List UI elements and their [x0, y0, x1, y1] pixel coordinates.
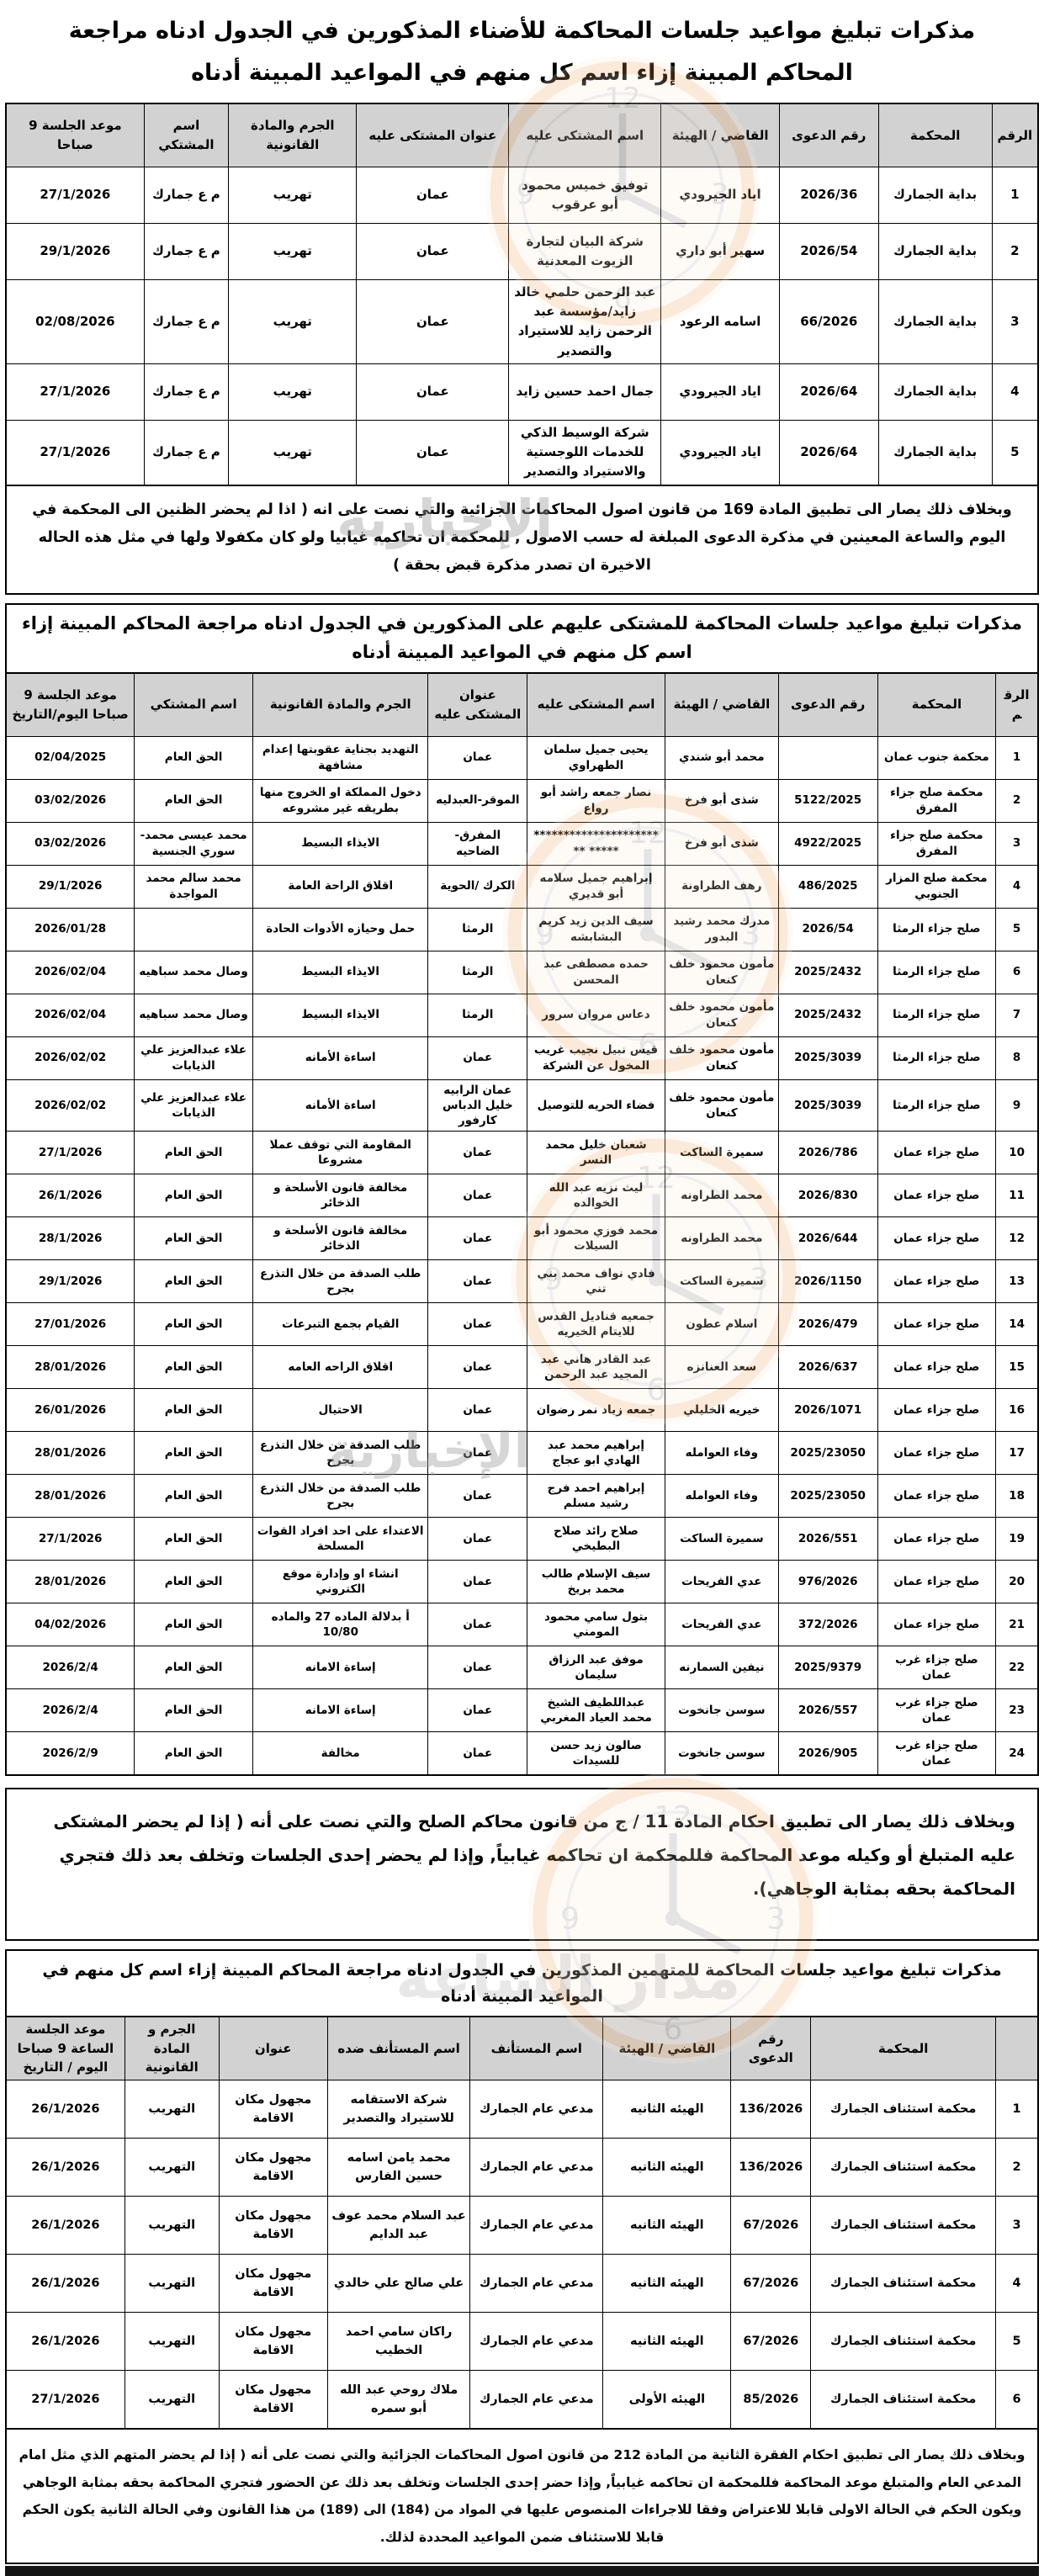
table-cell: 2026/54 [778, 908, 877, 951]
table-cell: التهديد بجناية عقوبتها إعدام مشافهة [252, 736, 428, 779]
table-cell: وصال محمد سباهيه [135, 951, 253, 994]
table-cell: عمان [357, 167, 509, 223]
table-cell: وصال محمد سباهيه [135, 994, 253, 1036]
table-cell: مدعي عام الجمارك [470, 2197, 603, 2255]
table-cell: 136/2026 [731, 2139, 811, 2197]
table-cell: محكمة صلح جزاء المفرق [877, 779, 996, 822]
table-cell: محكمة استئناف الجمارك [811, 2313, 996, 2371]
column-header: القاضي / الهيئة [661, 103, 780, 167]
table-cell: 02/08/2026 [6, 279, 144, 363]
table-cell: م ع جمارك [144, 167, 228, 223]
table-row: 2محكمة صلح جزاء المفرق5122/2025شذى أبو ف… [6, 779, 1038, 822]
table-cell: صلاح رائد صلاح البطيخي [527, 1518, 665, 1561]
table-row: 3محكمة استئناف الجمارك67/2026الهيئه الثا… [6, 2197, 1038, 2255]
table-cell: عمان [428, 736, 527, 779]
table-cell: 24 [996, 1732, 1038, 1776]
table-cell: 29/1/2026 [6, 865, 135, 908]
table-cell: راكان سامي احمد الخطيب [327, 2313, 469, 2371]
column-header: رقم الدعوى [731, 2017, 811, 2080]
table-cell: 2026/36 [779, 167, 878, 223]
table-cell: عمان [357, 223, 509, 279]
table-cell: محمد أبو شندي [665, 736, 778, 779]
column-header: عنوان المشتكى عليه [428, 673, 527, 737]
table-cell: 2026/2/4 [6, 1689, 135, 1732]
table-cell: عمان [428, 1561, 527, 1603]
table-cell: حمل وحيازه الأدوات الحادة [252, 908, 428, 951]
table-cell: عدي الفريحات [665, 1603, 778, 1646]
table-row: 12صلح جزاء عمان2026/644محمد الطراونهمحمد… [6, 1217, 1038, 1260]
table-cell: 03/02/2026 [6, 822, 135, 865]
table-cell: شركة البيان لتجارة الزيوت المعدنية [509, 223, 661, 279]
table-cell: قيس نبيل نجيب غريب المخول عن الشركة [527, 1036, 665, 1079]
header-row: الرقمالمحكمةرقم الدعوىالقاضي / الهيئةاسم… [6, 673, 1038, 737]
table-cell: علاء عبدالعزيز علي الذيابات [135, 1036, 253, 1079]
court-sessions-table-1: الرقمالمحكمةرقم الدعوىالقاضي / الهيئةاسم… [5, 103, 1039, 486]
table-cell: 28/01/2026 [6, 1561, 135, 1603]
table-cell: اسامه الرعود [661, 279, 780, 363]
table-cell: مجهول مكان الاقامة [219, 2371, 327, 2430]
table-cell: 16 [996, 1389, 1038, 1432]
table-cell: محكمة جنوب عمان [877, 736, 996, 779]
table-cell: 5 [996, 908, 1038, 951]
table-cell: سميرة الساكت [665, 1132, 778, 1174]
table-cell: 85/2026 [731, 2371, 811, 2430]
table-cell: 486/2025 [778, 865, 877, 908]
table-cell: صلح جزاء الرمثا [877, 1036, 996, 1079]
column-header: الرقم [996, 673, 1038, 737]
table-cell: محكمة استئناف الجمارك [811, 2197, 996, 2255]
table-cell: محمد الطراونه [665, 1174, 778, 1217]
table-row: 15صلح جزاء عمان2026/637سعد العنانزهعبد ا… [6, 1346, 1038, 1389]
table-cell: 27/1/2026 [6, 2371, 125, 2430]
table-cell: الحق العام [135, 1475, 253, 1518]
table-cell: مدعي عام الجمارك [470, 2080, 603, 2139]
table-cell: 1 [992, 167, 1038, 223]
table-cell: الاحتيال [252, 1389, 428, 1432]
table-row: 13صلح جزاء عمان2026/1150سميرة الساكتفادي… [6, 1260, 1038, 1303]
table-cell: 2025/3039 [778, 1079, 877, 1132]
table-cell: 2025/2432 [778, 994, 877, 1036]
table-row: 5صلح جزاء الرمثا2026/54مدرك محمد رشيد ال… [6, 908, 1038, 951]
table-cell: 2026/02/02 [6, 1079, 135, 1132]
table-cell: الحق العام [135, 1260, 253, 1303]
table-row: 5محكمة استئناف الجمارك67/2026الهيئه الثا… [6, 2313, 1038, 2371]
table-cell: 2 [996, 779, 1038, 822]
table-cell: ليث نزيه عبد الله الخوالده [527, 1174, 665, 1217]
table-cell: الكرك /الحوية [428, 865, 527, 908]
table-cell: الحق العام [135, 1174, 253, 1217]
table-cell: الرمثا [428, 951, 527, 994]
table-cell: 27/1/2026 [6, 363, 144, 420]
table-row: 17صلح جزاء عمان2025/23050وفاء العواملهإب… [6, 1432, 1038, 1475]
table-cell: نصار جمعه راشد أبو رواع [527, 779, 665, 822]
table-row: 2محكمة استئناف الجمارك136/2026الهيئه الث… [6, 2139, 1038, 2197]
table-cell: 2026/64 [779, 420, 878, 485]
table-row: 7صلح جزاء الرمثا2025/2432مأمون محمود خلف… [6, 994, 1038, 1036]
table-cell: محكمة استئناف الجمارك [811, 2139, 996, 2197]
table-cell: مجهول مكان الاقامة [219, 2080, 327, 2139]
table-row: 1محكمة جنوب عمانمحمد أبو شندييحيى جميل س… [6, 736, 1038, 779]
table-cell: 2026/01/28 [6, 908, 135, 951]
table-cell: صلح جزاء عمان [877, 1475, 996, 1518]
table-cell: الرمثا [428, 908, 527, 951]
table-row: 9صلح جزاء الرمثا2025/3039مأمون محمود خلف… [6, 1079, 1038, 1132]
table-cell: صلح جزاء الرمثا [877, 951, 996, 994]
table-cell: محمد الطراونه [665, 1217, 778, 1260]
table-row: 21صلح جزاء عمان372/2026عدي الفريحاتبتول … [6, 1603, 1038, 1646]
table-cell: مدرك محمد رشيد البدور [665, 908, 778, 951]
table-cell: 2026/02/02 [6, 1036, 135, 1079]
table-cell: بتول سامي محمود المومني [527, 1603, 665, 1646]
table-cell: مدعي عام الجمارك [470, 2371, 603, 2430]
table-cell: 27/01/2026 [6, 1303, 135, 1346]
table-cell: الهيئه الثانيه [603, 2080, 731, 2139]
table-cell: 3 [996, 822, 1038, 865]
column-header: رقم الدعوى [778, 673, 877, 737]
table-cell: عبد الرحمن حلمي خالد زايد/مؤسسة عبد الرح… [509, 279, 661, 363]
table-cell: 28/1/2026 [6, 1217, 135, 1260]
table-cell: مأمون محمود خلف كنعان [665, 994, 778, 1036]
column-header: اسم المشتكى عليه [509, 103, 661, 167]
section-2-title: مذكرات تبليغ مواعيد جلسات المحاكمة للمشت… [5, 603, 1039, 671]
table-cell: 28/01/2026 [6, 1432, 135, 1475]
table-cell: عبداللطيف الشيخ محمد العياد المغربي [527, 1689, 665, 1732]
table-cell: 2026/557 [778, 1689, 877, 1732]
table-cell: الحق العام [135, 1603, 253, 1646]
table-cell: م ع جمارك [144, 363, 228, 420]
table-cell: مأمون محمود خلف كنعان [665, 951, 778, 994]
table-cell: 372/2026 [778, 1603, 877, 1646]
table-cell: بداية الجمارك [878, 420, 992, 485]
table-cell: سوسن جانخوت [665, 1689, 778, 1732]
table-cell: شركة الوسيط الذكي للخدمات اللوجستية والا… [509, 420, 661, 485]
column-header: اسم المشتكى عليه [527, 673, 665, 737]
table-cell: محمد فوزي محمود أبو السيلات [527, 1217, 665, 1260]
header-row: الرقمالمحكمةرقم الدعوىالقاضي / الهيئةاسم… [6, 103, 1038, 167]
table-cell: اسلام عطون [665, 1303, 778, 1346]
table-cell: 66/2026 [779, 279, 878, 363]
table-cell: مأمون محمود خلف كنعان [665, 1036, 778, 1079]
table-cell: حمده مصطفى عبد المحسن [527, 951, 665, 994]
table-cell: محكمة صلح المزار الجنوبي [877, 865, 996, 908]
table-cell: 6 [996, 951, 1038, 994]
table-cell: سميرة الساكت [665, 1518, 778, 1561]
table-cell: 2025/23050 [778, 1432, 877, 1475]
table-cell: الايذاء البسيط [252, 951, 428, 994]
table-cell: صلح جزاء عمان [877, 1217, 996, 1260]
table-cell: المقاومة التي توقف عملا مشروعا [252, 1132, 428, 1174]
table-cell: 26/1/2026 [6, 2139, 125, 2197]
column-header: موعد الجلسة 9 صباحا [6, 103, 144, 167]
table-cell: 2026/02/04 [6, 994, 135, 1036]
table-cell: سهير أبو داري [661, 223, 780, 279]
table-cell: جمال احمد حسين زايد [509, 363, 661, 420]
column-header: اسم المستأنف ضده [327, 2017, 469, 2080]
table-cell: مخالفة قانون الأسلحة و الذخائر [252, 1174, 428, 1217]
table-cell: شركة الاستقامه للاستيراد والتصدير [327, 2080, 469, 2139]
table-cell: صلح جزاء الرمثا [877, 908, 996, 951]
table-cell: تهريب [229, 363, 357, 420]
table-cell: طلب الصدقة من خلال التذرع بجرح [252, 1260, 428, 1303]
table-cell: عمان [428, 1689, 527, 1732]
table-cell: مدعي عام الجمارك [470, 2139, 603, 2197]
table-row: 19صلح جزاء عمان2026/551سميرة الساكتصلاح … [6, 1518, 1038, 1561]
table-row: 1بداية الجمارك2026/36اياد الجيروديتوفيق … [6, 167, 1038, 223]
table-cell: 5 [992, 420, 1038, 485]
table-cell [135, 908, 253, 951]
table-cell: عمان الرابيه خليل الدباس كارفور [428, 1079, 527, 1132]
table-cell: وفاء العوامله [665, 1432, 778, 1475]
table-cell: 15 [996, 1346, 1038, 1389]
table-cell: 136/2026 [731, 2080, 811, 2139]
table-cell: مخالفة [252, 1732, 428, 1776]
table-cell: صلح جزاء غرب عمان [877, 1646, 996, 1689]
table-cell: عمان [428, 1303, 527, 1346]
table-cell: 27/1/2026 [6, 1518, 135, 1561]
section-3-title: مذكرات تبليغ مواعيد جلسات المحاكمة للمته… [5, 1949, 1039, 2016]
table-row: 14صلح جزاء عمان2026/479اسلام عطونجمعيه ق… [6, 1303, 1038, 1346]
table-cell: التهريب [125, 2080, 219, 2139]
table-cell: التهريب [125, 2371, 219, 2430]
table-cell: 4 [996, 2255, 1038, 2313]
table-cell: الهيئه الثانيه [603, 2255, 731, 2313]
table-cell: 67/2026 [731, 2255, 811, 2313]
table-cell: محمد سالم محمد المواجدة [135, 865, 253, 908]
table-cell: اياد الجيرودي [661, 167, 780, 223]
table-cell: صلح جزاء عمان [877, 1603, 996, 1646]
table-cell: الهيئه الثانيه [603, 2139, 731, 2197]
table-row: 6محكمة استئناف الجمارك85/2026الهيئه الأو… [6, 2371, 1038, 2430]
table-row: 4محكمة صلح المزار الجنوبي486/2025رهف الط… [6, 865, 1038, 908]
table-cell: شذى أبو فرخ [665, 822, 778, 865]
table-cell: الحق العام [135, 1389, 253, 1432]
table-cell: عدي الفريحات [665, 1561, 778, 1603]
table-cell: م ع جمارك [144, 279, 228, 363]
column-header: المحكمة [811, 2017, 996, 2080]
column-header: المحكمة [878, 103, 992, 167]
table-cell: صلح جزاء غرب عمان [877, 1689, 996, 1732]
table-cell: إبراهيم محمد عبد الهادي ابو عجاج [527, 1432, 665, 1475]
table-cell: المفرق- الضاحيه [428, 822, 527, 865]
table-cell: إساءة الامانه [252, 1646, 428, 1689]
column-header: رقم الدعوى [779, 103, 878, 167]
column-header: موعد الجلسة الساعة 9 صباحا اليوم / التار… [6, 2017, 125, 2080]
table-cell: بداية الجمارك [878, 167, 992, 223]
table-cell: م ع جمارك [144, 223, 228, 279]
section-1-legal-note: وبخلاف ذلك يصار الى تطبيق المادة 169 من … [5, 486, 1039, 596]
table-cell: صالون زيد حسن للسيدات [527, 1732, 665, 1776]
table-cell: 26/1/2026 [6, 2255, 125, 2313]
table-cell: الحق العام [135, 1432, 253, 1475]
table-cell: الحق العام [135, 1518, 253, 1561]
table-cell: عمان [428, 1174, 527, 1217]
table-cell: شعبان خليل محمد النسر [527, 1132, 665, 1174]
table-row: 3محكمة صلح جزاء المفرق4922/2025شذى أبو ف… [6, 822, 1038, 865]
table-row: 4محكمة استئناف الجمارك67/2026الهيئه الثا… [6, 2255, 1038, 2313]
table-cell: 8 [996, 1036, 1038, 1079]
table-cell: 14 [996, 1303, 1038, 1346]
table-cell: 2026/830 [778, 1174, 877, 1217]
table-cell: 3 [992, 279, 1038, 363]
table-cell: سعد العنانزه [665, 1346, 778, 1389]
table-cell: صلح جزاء عمان [877, 1260, 996, 1303]
column-header: الرقم [992, 103, 1038, 167]
table-cell: عمان [428, 1217, 527, 1260]
table-cell: الهيئه الثانيه [603, 2313, 731, 2371]
table-cell: عمان [428, 1732, 527, 1776]
table-cell: 5 [996, 2313, 1038, 2371]
table-cell: صلح جزاء الرمثا [877, 994, 996, 1036]
table-cell: 9 [996, 1079, 1038, 1132]
table-cell: نيفين السمارنه [665, 1646, 778, 1689]
table-cell: 2026/479 [778, 1303, 877, 1346]
table-cell: 2026/637 [778, 1346, 877, 1389]
table-cell: 02/04/2025 [6, 736, 135, 779]
table-cell: بداية الجمارك [878, 279, 992, 363]
section-1-title: مذكرات تبليغ مواعيد جلسات المحاكمة للأضن… [5, 3, 1039, 103]
table-cell: 67/2026 [731, 2197, 811, 2255]
table-cell: 2026/1071 [778, 1389, 877, 1432]
table-cell: 2026/2/4 [6, 1646, 135, 1689]
table-cell: 2025/3039 [778, 1036, 877, 1079]
table-cell: التهريب [125, 2313, 219, 2371]
table-cell: 4 [996, 865, 1038, 908]
table-cell: 27/1/2026 [6, 1132, 135, 1174]
table-cell: عمان [357, 279, 509, 363]
table-cell: 20 [996, 1561, 1038, 1603]
table-cell: الحق العام [135, 1732, 253, 1776]
table-cell: 2026/02/04 [6, 951, 135, 994]
page-bottom-rule [5, 2566, 1039, 2576]
table-cell: الهيئه الأولى [603, 2371, 731, 2430]
table-cell: علاء عبدالعزيز علي الذيابات [135, 1079, 253, 1132]
table-cell: 23 [996, 1689, 1038, 1732]
table-row: 24صلح جزاء غرب عمان2026/905سوسن جانخوتصا… [6, 1732, 1038, 1776]
table-cell: سوسن جانخوت [665, 1732, 778, 1776]
table-cell: صلح جزاء عمان [877, 1303, 996, 1346]
column-header: عنوان [219, 2017, 327, 2080]
table-cell: 27/1/2026 [6, 420, 144, 485]
table-cell: 1 [996, 2080, 1038, 2139]
table-cell: 26/1/2026 [6, 2080, 125, 2139]
table-cell: 67/2026 [731, 2313, 811, 2371]
table-cell: عمان [428, 1432, 527, 1475]
table-cell: 19 [996, 1518, 1038, 1561]
table-cell: 6 [996, 2371, 1038, 2430]
table-cell: عمان [428, 1646, 527, 1689]
table-cell: مجهول مكان الاقامة [219, 2197, 327, 2255]
table-cell: التهريب [125, 2139, 219, 2197]
table-cell: صلح جزاء عمان [877, 1561, 996, 1603]
table-cell: 13 [996, 1260, 1038, 1303]
table-cell: 2026/644 [778, 1217, 877, 1260]
table-cell: إساءة الامانه [252, 1689, 428, 1732]
table-cell: عمان [428, 1346, 527, 1389]
table-cell: الموقر-العبدليه [428, 779, 527, 822]
table-cell: عمان [428, 1389, 527, 1432]
table-cell: الحق العام [135, 1217, 253, 1260]
table-cell: محكمة استئناف الجمارك [811, 2371, 996, 2430]
table-cell: مخالفة قانون الأسلحة و الذخائر [252, 1217, 428, 1260]
table-cell: ************************** ** [527, 822, 665, 865]
notice-page: مذكرات تبليغ مواعيد جلسات المحاكمة للأضن… [0, 0, 1044, 2576]
table-cell: رهف الطراونة [665, 865, 778, 908]
table-cell: شذى أبو فرخ [665, 779, 778, 822]
table-cell: 22 [996, 1646, 1038, 1689]
table-cell: الايذاء البسيط [252, 822, 428, 865]
table-cell: أ بدلالة الماده 27 والماده 10/80 [252, 1603, 428, 1646]
table-cell: صلح جزاء عمان [877, 1346, 996, 1389]
table-cell: محكمة صلح جزاء المفرق [877, 822, 996, 865]
table-cell: جمعه زياد نمر رضوان [527, 1389, 665, 1432]
table-cell: الحق العام [135, 1346, 253, 1389]
table-cell: 03/02/2026 [6, 779, 135, 822]
table-cell: عمان [357, 420, 509, 485]
column-header: اسم المستأنف [470, 2017, 603, 2080]
table-cell: تهريب [229, 223, 357, 279]
table-cell: ملاك روحي عبد الله أبو سمره [327, 2371, 469, 2430]
column-header: القاضي / الهيئة [665, 673, 778, 737]
table-cell: مجهول مكان الاقامة [219, 2255, 327, 2313]
table-cell: الايذاء البسيط [252, 994, 428, 1036]
table-cell: 2026/786 [778, 1132, 877, 1174]
table-cell: صلح جزاء عمان [877, 1432, 996, 1475]
table-cell: صلح جزاء عمان [877, 1389, 996, 1432]
column-header: موعد الجلسة 9 صباحا اليوم/التاريخ [6, 673, 135, 737]
table-cell: عمان [357, 363, 509, 420]
table-cell: التهريب [125, 2255, 219, 2313]
table-cell: سيف الدين زيد كريم البشابشه [527, 908, 665, 951]
table-cell: عمان [428, 1603, 527, 1646]
table-cell: 04/02/2026 [6, 1603, 135, 1646]
table-cell: 2026/1150 [778, 1260, 877, 1303]
table-cell: طلب الصدقة من خلال التذرع بجرح [252, 1432, 428, 1475]
table-cell: عمان [428, 1475, 527, 1518]
table-cell: 11 [996, 1174, 1038, 1217]
table-cell: الاعتداء على احد افراد القوات المسلحة [252, 1518, 428, 1561]
table-cell: بداية الجمارك [878, 363, 992, 420]
table-cell: 17 [996, 1432, 1038, 1475]
table-cell: اقلاق الراحة العامة [252, 865, 428, 908]
table-cell: اقلاق الراحه العامه [252, 1346, 428, 1389]
table-row: 5بداية الجمارك2026/64اياد الجيروديشركة ا… [6, 420, 1038, 485]
table-cell: 2025/2432 [778, 951, 877, 994]
table-cell: مجهول مكان الاقامة [219, 2313, 327, 2371]
table-cell: وفاء العوامله [665, 1475, 778, 1518]
table-cell: إبراهيم احمد فرج رشيد مسلم [527, 1475, 665, 1518]
table-cell: 28/01/2026 [6, 1475, 135, 1518]
table-cell: فضاء الحريه للتوصيل [527, 1079, 665, 1132]
table-cell: 2026/2/9 [6, 1732, 135, 1776]
table-cell: الرمثا [428, 994, 527, 1036]
table-cell: صلح جزاء عمان [877, 1174, 996, 1217]
table-cell: سميرة الساكت [665, 1260, 778, 1303]
table-cell: 2026/64 [779, 363, 878, 420]
table-cell: مأمون محمود خلف كنعان [665, 1079, 778, 1132]
table-cell: 4922/2025 [778, 822, 877, 865]
table-cell: بداية الجمارك [878, 223, 992, 279]
table-cell: محمد يامن اسامه حسين الفارس [327, 2139, 469, 2197]
table-cell: صلح جزاء عمان [877, 1132, 996, 1174]
table-cell: 28/01/2026 [6, 1346, 135, 1389]
table-cell: عبد القادر هاني عبد المجيد عبد الرحمن [527, 1346, 665, 1389]
table-cell: الحق العام [135, 1303, 253, 1346]
column-header: الجرم والمادة القانونية [229, 103, 357, 167]
column-header: اسم المشتكي [135, 673, 253, 737]
table-cell: تهريب [229, 420, 357, 485]
page-content: مذكرات تبليغ مواعيد جلسات المحاكمة للأضن… [0, 0, 1044, 2576]
table-cell: توفيق خميس محمود أبو عرقوب [509, 167, 661, 223]
